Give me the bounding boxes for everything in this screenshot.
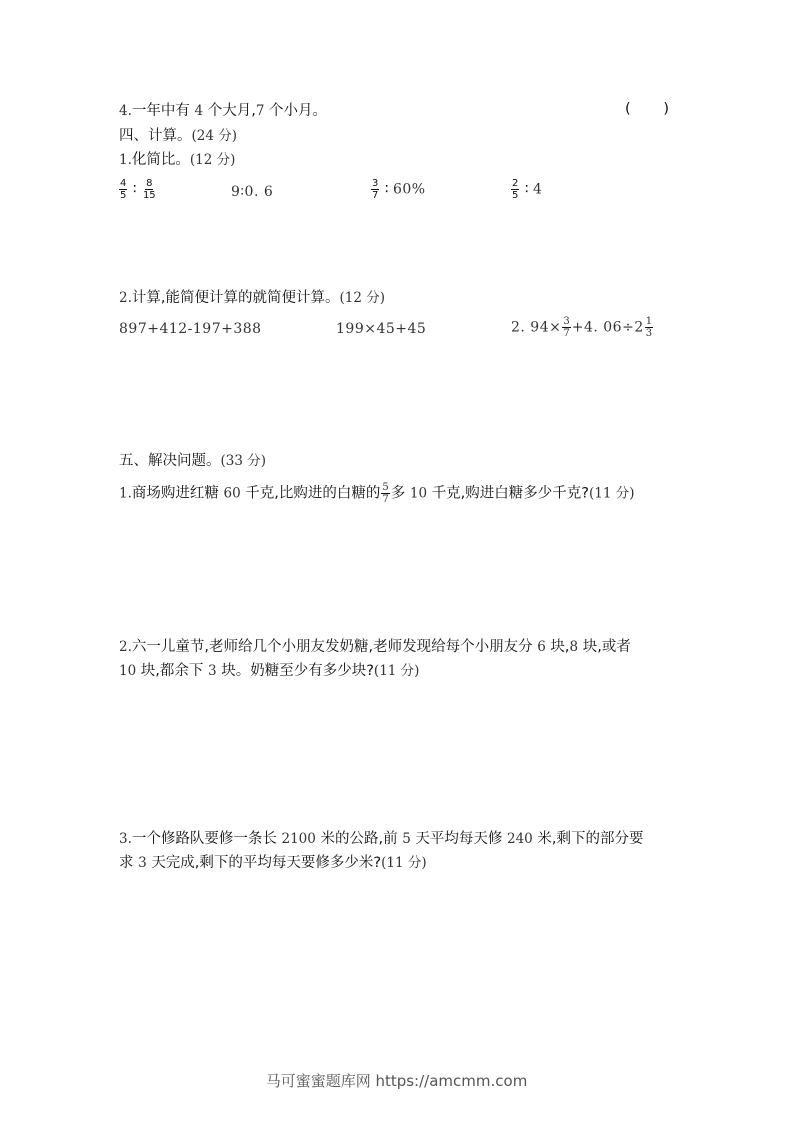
question-text: 个大月, xyxy=(208,103,256,119)
expression: 2. 94× xyxy=(511,320,561,336)
expression: 897+412-197+388 xyxy=(119,321,262,337)
fraction: 45 xyxy=(119,178,127,201)
expression: 199×45+45 xyxy=(336,321,426,337)
ratio-2: 9∶0. 6 xyxy=(231,184,273,200)
fraction: 25 xyxy=(511,178,519,201)
subsection-number: 2. xyxy=(119,290,132,306)
subsection-score: (12 分) xyxy=(190,152,236,168)
section-title: 五、解决问题。 xyxy=(119,453,221,469)
fraction: 13 xyxy=(645,316,653,339)
answer-bracket[interactable]: ( ) xyxy=(625,101,669,117)
calc-3: 2. 94×37+4. 06÷213 xyxy=(511,316,654,339)
fraction: 57 xyxy=(381,482,389,505)
problem-3-line-1: 3.一个修路队要修一条长 2100 米的公路,前 5 天平均每天修 240 米,… xyxy=(119,829,644,849)
problem-3-line-2: 求 3 天完成,剩下的平均每天要修多少米?(11 分) xyxy=(119,853,427,873)
subsection-title: 化简比。 xyxy=(132,152,190,168)
problem-number: 2. xyxy=(119,639,132,655)
ratio-4: 25 ∶ 4 xyxy=(510,178,542,201)
ratio-sign: ∶ xyxy=(385,182,389,198)
subsection-title: 计算,能简便计算的就简便计算。 xyxy=(132,290,340,306)
problem-2-line-2: 10 块,都余下 3 块。奶糖至少有多少块?(11 分) xyxy=(119,661,419,681)
question-4: 4.一年中有 4 个大月,7 个小月。 xyxy=(119,101,327,121)
number: 4 xyxy=(195,103,204,119)
subsection-number: 1. xyxy=(119,152,132,168)
question-number: 4. xyxy=(119,103,132,119)
ratio-sign: ∶ xyxy=(525,182,529,198)
section-score: (33 分) xyxy=(221,453,267,469)
ratio-1: 45 ∶ 815 xyxy=(118,178,158,201)
section-4-heading: 四、计算。(24 分) xyxy=(119,126,237,146)
section-5-heading: 五、解决问题。(33 分) xyxy=(119,451,266,471)
expression: +4. 06÷2 xyxy=(572,320,644,336)
subsection-2-heading: 2.计算,能简便计算的就简便计算。(12 分) xyxy=(119,288,385,308)
section-title: 四、计算。 xyxy=(119,128,192,144)
ratio-text: 4 xyxy=(533,182,542,198)
subsection-score: (12 分) xyxy=(340,290,386,306)
ratio-3: 37 ∶ 60% xyxy=(370,178,426,201)
fraction: 815 xyxy=(142,178,157,201)
footer-watermark: 马可蜜蜜题库网 https://amcmm.com xyxy=(0,1070,793,1091)
problem-score: (11 分) xyxy=(381,855,427,871)
calc-2: 199×45+45 xyxy=(336,321,426,337)
question-text: 个小月。 xyxy=(269,103,327,119)
problem-score: (11 分) xyxy=(589,486,635,502)
bracket-close: ) xyxy=(663,101,669,117)
problem-number: 1. xyxy=(119,486,132,502)
bracket-open: ( xyxy=(625,101,631,117)
subsection-1-heading: 1.化简比。(12 分) xyxy=(119,150,235,170)
problem-1: 1.商场购进红糖 60 千克,比购进的白糖的57多 10 千克,购进白糖多少千克… xyxy=(119,482,635,505)
fraction: 37 xyxy=(562,316,570,339)
ratio-text: 60% xyxy=(393,182,426,198)
question-text: 一年中有 xyxy=(132,103,190,119)
problem-number: 3. xyxy=(119,831,132,847)
problem-2-line-1: 2.六一儿童节,老师给几个小朋友发奶糖,老师发现给每个小朋友分 6 块,8 块,… xyxy=(119,637,631,657)
ratio-sign: ∶ xyxy=(133,182,137,198)
ratio-text: 9∶0. 6 xyxy=(231,184,273,200)
number: 7 xyxy=(256,103,265,119)
section-score: (24 分) xyxy=(192,128,238,144)
problem-score: (11 分) xyxy=(374,663,420,679)
fraction: 37 xyxy=(371,178,379,201)
calc-1: 897+412-197+388 xyxy=(119,321,262,337)
